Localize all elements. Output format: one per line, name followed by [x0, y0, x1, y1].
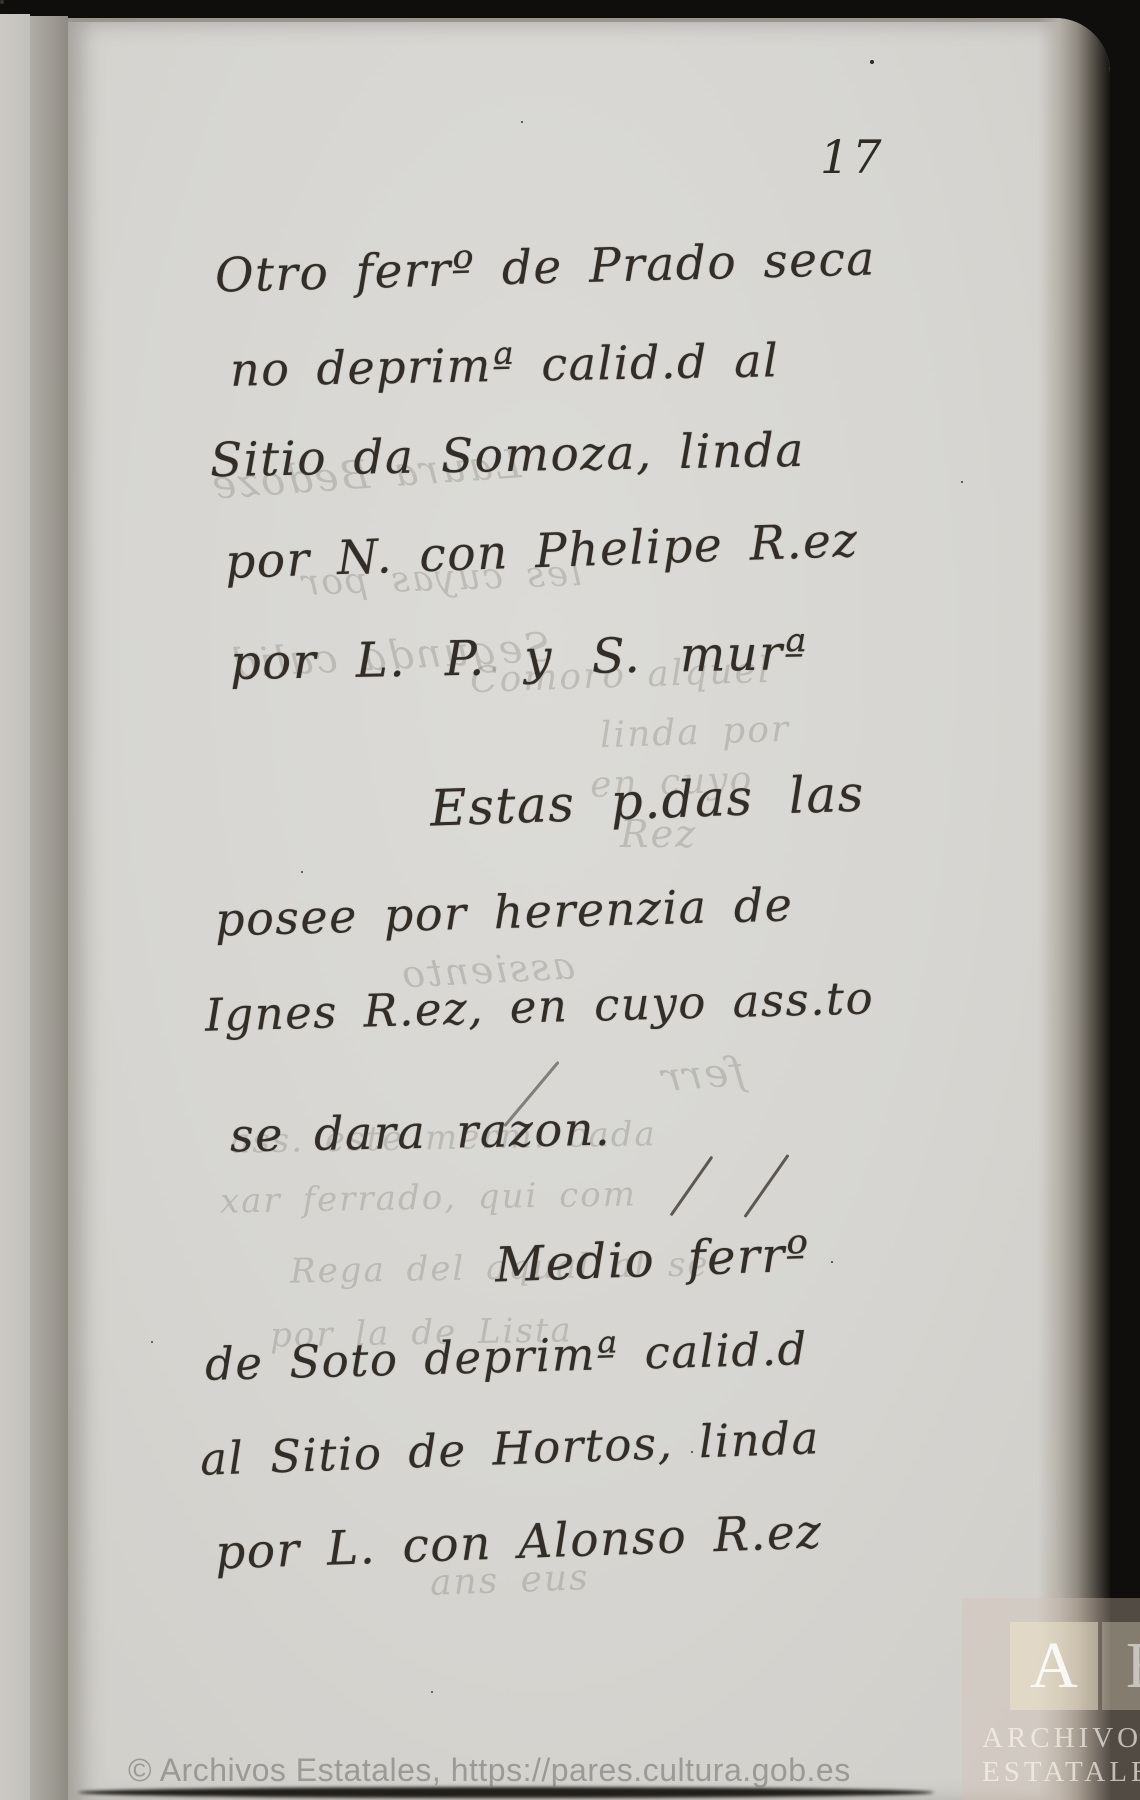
logo-letter-e-tile: E: [1102, 1622, 1140, 1710]
logo-text-archivos: ARCHIVOS: [982, 1722, 1140, 1755]
binding-gutter: [30, 16, 68, 1800]
scanned-document: 17 Laura Bedoze les cuyas por Segunda ca…: [0, 0, 1140, 1800]
logo-letter-a-tile: A: [1010, 1622, 1098, 1710]
copyright-watermark: © Archivos Estatales, https://pares.cult…: [128, 1752, 851, 1789]
logo-letter-e: E: [1126, 1628, 1140, 1704]
manuscript-line: Sitio da Somoza, linda: [210, 423, 806, 488]
ghost-text: ferr: [658, 1048, 746, 1101]
manuscript-line: no deprimª calid.d al: [230, 333, 780, 397]
ghost-text: linda por: [599, 709, 790, 757]
adjacent-page-edge: [0, 14, 30, 1800]
manuscript-line: por L. P. y S. murª: [230, 625, 809, 691]
page-number: 17: [820, 130, 885, 184]
paper-specks: [0, 0, 4, 4]
archivos-estatales-logo: A E ARCHIVOS ESTATALES: [962, 1598, 1140, 1800]
ghost-text: xar ferrado, qui com: [220, 1174, 638, 1221]
logo-letter-a: A: [1030, 1628, 1078, 1704]
manuscript-line: se dara razon.: [230, 1102, 612, 1163]
manuscript-line: Medio ferrº: [494, 1227, 811, 1294]
deckle-edge: [1038, 18, 1110, 1800]
logo-text-estatales: ESTATALES: [982, 1756, 1140, 1789]
